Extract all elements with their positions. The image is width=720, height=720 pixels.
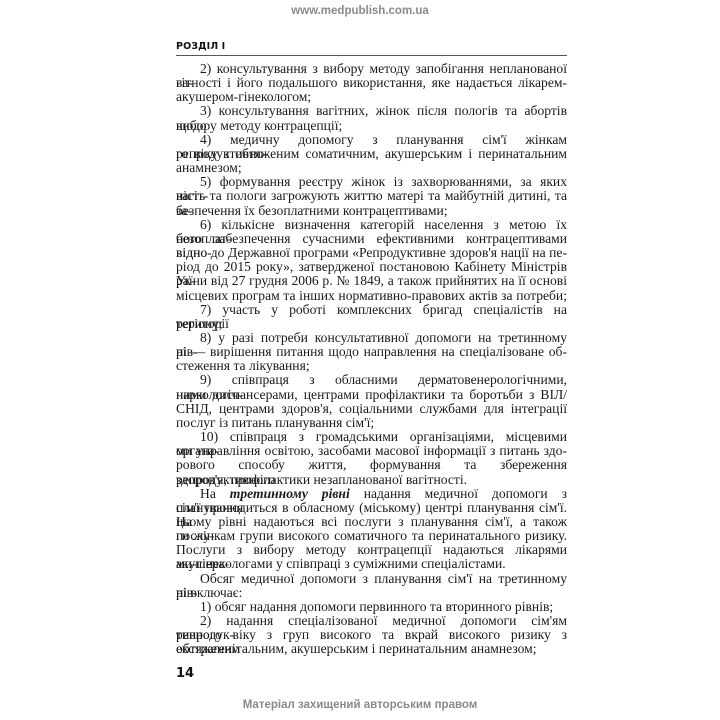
text-line: послуг із питань планування сім'ї; xyxy=(176,416,567,430)
text-line: регіону; xyxy=(176,317,567,331)
text-line: ного забезпечення сучасними ефективними … xyxy=(176,232,567,246)
text-line: відно до Державної програми «Репродуктив… xyxy=(176,246,567,260)
text-line: 3) консультування вагітних, жінок після … xyxy=(176,104,567,118)
text-line: цьому рівні надаються всі послуги з план… xyxy=(176,515,567,529)
text-line: ність та пологи загрожують життю матері … xyxy=(176,189,567,203)
text-line: СНІД, центрами здоров'я, соціальними слу… xyxy=(176,402,567,416)
text-line: 8) у разі потреби консультативної допомо… xyxy=(176,331,567,345)
text-line: ми-гінекологами у співпраці з суміжними … xyxy=(176,557,567,571)
text-line: Послуги з вибору методу контрацепції над… xyxy=(176,543,567,557)
text-line: 10) співпраця з громадськими організація… xyxy=(176,430,567,444)
text-line: гітності і його подальшого використання,… xyxy=(176,76,567,90)
text-line: 1) обсяг надання допомоги первинного та … xyxy=(176,600,567,614)
text-line: сім'ї проводиться в обласному (міському)… xyxy=(176,501,567,515)
text-line: 6) кількісне визначення категорій населе… xyxy=(176,218,567,232)
text-line: стеження та лікування; xyxy=(176,359,567,373)
text-line: ні включає: xyxy=(176,586,567,600)
text-line: вибору методу контрацепції; xyxy=(176,119,567,133)
text-line: місцевих програм та інших нормативно-пра… xyxy=(176,289,567,303)
text-line: безпечення їх безоплатними контрацептива… xyxy=(176,204,567,218)
text-line: ні — вирішення питання щодо направлення … xyxy=(176,345,567,359)
text-line: анамнезом; xyxy=(176,161,567,175)
page-number: 14 xyxy=(176,666,194,681)
text-line: 2) консультування з вибору методу запобі… xyxy=(176,62,567,76)
body-text: 2) консультування з вибору методу запобі… xyxy=(176,62,567,657)
site-url[interactable]: www.medpublish.com.ua xyxy=(0,5,720,17)
text-line: 7) участь у роботі комплексних бригад сп… xyxy=(176,303,567,317)
text-line: ги жінкам групи високого соматичного та … xyxy=(176,529,567,543)
text-line: акушером-гінекологом; xyxy=(176,90,567,104)
text-line: рового способу життя, формування та збер… xyxy=(176,458,567,472)
text-line: раїни від 27 грудня 2006 р. № 1849, а та… xyxy=(176,274,567,288)
text-line: ми управління освітою, засобами масової … xyxy=(176,444,567,458)
text-line: здоров'я, профілактики незапланованої ва… xyxy=(176,473,567,487)
section-heading: РОЗДІЛ І xyxy=(176,41,567,56)
text-line: 9) співпраця з обласними дерматовенероло… xyxy=(176,373,567,387)
copyright-notice: Матеріал захищений авторським правом xyxy=(0,699,720,711)
text-line: Обсяг медичної допомоги з планування сім… xyxy=(176,572,567,586)
text-line: 4) медичну допомогу з планування сім'ї ж… xyxy=(176,133,567,147)
text-line: ріод до 2015 року», затвердженої постано… xyxy=(176,260,567,274)
text-line: ними диспансерами, центрами профілактики… xyxy=(176,388,567,402)
text-line: На третинному рівні надання медичної доп… xyxy=(176,487,567,501)
text-line: 2) надання спеціалізованої медичної допо… xyxy=(176,614,567,628)
text-line: екстрагенітальним, акушерським і перинат… xyxy=(176,642,567,656)
text-line: 5) формування реєстру жінок із захворюва… xyxy=(176,175,567,189)
text-line: тивного віку з груп високого та вкрай ви… xyxy=(176,628,567,642)
text-line: го віку з обтяженим соматичним, акушерсь… xyxy=(176,147,567,161)
emphasis: третинному рівні xyxy=(230,486,350,501)
